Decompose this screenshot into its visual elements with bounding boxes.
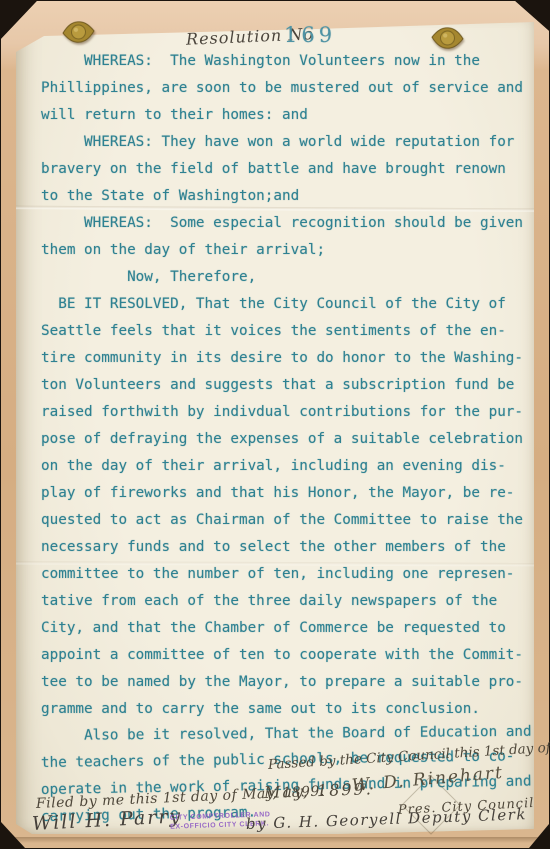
typed-line: play of fireworks and that his Honor, th… [41,480,541,507]
typed-line: appoint a committee of ten to cooperate … [41,642,541,669]
typed-line: City, and that the Chamber of Commerce b… [41,615,541,642]
brass-fastener-icon [430,25,464,51]
typed-line: tire community in its desire to do honor… [41,345,541,372]
folder-edge-shadow [1,837,549,843]
typed-line: ton Volunteers and suggests that a subsc… [41,372,541,399]
typed-line: WHEREAS: The Washington Volunteers now i… [41,48,541,75]
typed-line: tative from each of the three daily news… [41,588,541,615]
typed-line: committee to the number of ten, includin… [41,561,541,588]
typed-line: will return to their homes: and [41,102,541,129]
typed-line: WHEREAS: They have won a world wide repu… [41,129,541,156]
typed-line: tee to be named by the Mayor, to prepare… [41,669,541,696]
typed-line: BE IT RESOLVED, That the City Council of… [41,291,541,318]
typed-line: raised forthwith by indivdual contributi… [41,399,541,426]
typed-line: bravery on the field of battle and have … [41,156,541,183]
typed-line: Seattle feels that it voices the sentime… [41,318,541,345]
typed-line: quested to act as Chairman of the Commit… [41,507,541,534]
typed-line: WHEREAS: Some especial recognition shoul… [41,210,541,237]
typed-line: to the State of Washington;and [41,183,541,210]
typed-line: pose of defraying the expenses of a suit… [41,426,541,453]
typed-line: them on the day of their arrival; [41,237,541,264]
resolution-number-stamp: 169 [284,23,336,47]
typed-line: on the day of their arrival, including a… [41,453,541,480]
typed-line: Now, Therefore, [41,264,541,291]
document-photo: Resolution No 169 WHEREAS: The Washingto… [0,0,550,849]
brass-fastener-icon [61,19,96,45]
typed-line: Phillippines, are soon to be mustered ou… [41,75,541,102]
typed-resolution-text: WHEREAS: The Washington Volunteers now i… [41,48,541,831]
typed-line: necessary funds and to select the other … [41,534,541,561]
